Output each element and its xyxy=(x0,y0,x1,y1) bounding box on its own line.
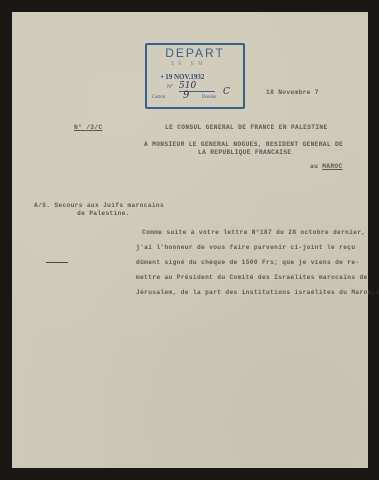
subject-line-1: A/S. Secours aux Juifs marocains xyxy=(34,202,164,209)
location-line: au MAROC xyxy=(310,163,343,170)
stamp-title: DEPART xyxy=(147,46,243,60)
stamp-number-label: N° xyxy=(167,84,173,90)
sender-title: LE CONSUL GENERAL DE FRANCE EN PALESTINE xyxy=(165,124,328,131)
stamp-dossier-label: Dossier xyxy=(202,95,217,100)
stamp-carton-label: Carton xyxy=(152,95,165,100)
location: MAROC xyxy=(322,163,342,170)
body-line-3: dûment signé du chèque de 1500 Frs; que … xyxy=(136,259,359,266)
letter-date: 18 Novembre 7 xyxy=(266,89,319,96)
stamp-carton-value: 9 xyxy=(183,90,189,101)
stamp-subtitle: SE EM xyxy=(171,61,207,67)
document-page: DEPART SE EM • 19 NOV.1932 N° 510 Carton… xyxy=(12,12,368,468)
reference-number: N° /3/C xyxy=(74,124,102,131)
departure-stamp: DEPART SE EM • 19 NOV.1932 N° 510 Carton… xyxy=(145,43,245,109)
subject-line-2: de Palestine. xyxy=(77,210,130,217)
stamp-date: • 19 NOV.1932 xyxy=(161,73,204,81)
recipient-line-2: LA REPUBLIQUE FRANCAISE xyxy=(198,149,291,156)
location-prefix: au xyxy=(310,163,318,170)
body-line-5: Jérusalem, de la part des institutions i… xyxy=(136,289,379,296)
body-line-2: j'ai l'honneur de vous faire parvenir ci… xyxy=(136,244,355,251)
recipient-line-1: A MONSIEUR LE GENERAL NOGUES, RESIDENT G… xyxy=(144,141,343,148)
margin-dash xyxy=(46,262,68,263)
body-line-4: mettre au Président du Comité des Israél… xyxy=(136,274,368,281)
stamp-dossier-value: C xyxy=(223,87,230,97)
body-line-1: Comme suite à votre lettre N°187 du 28 o… xyxy=(142,229,365,236)
